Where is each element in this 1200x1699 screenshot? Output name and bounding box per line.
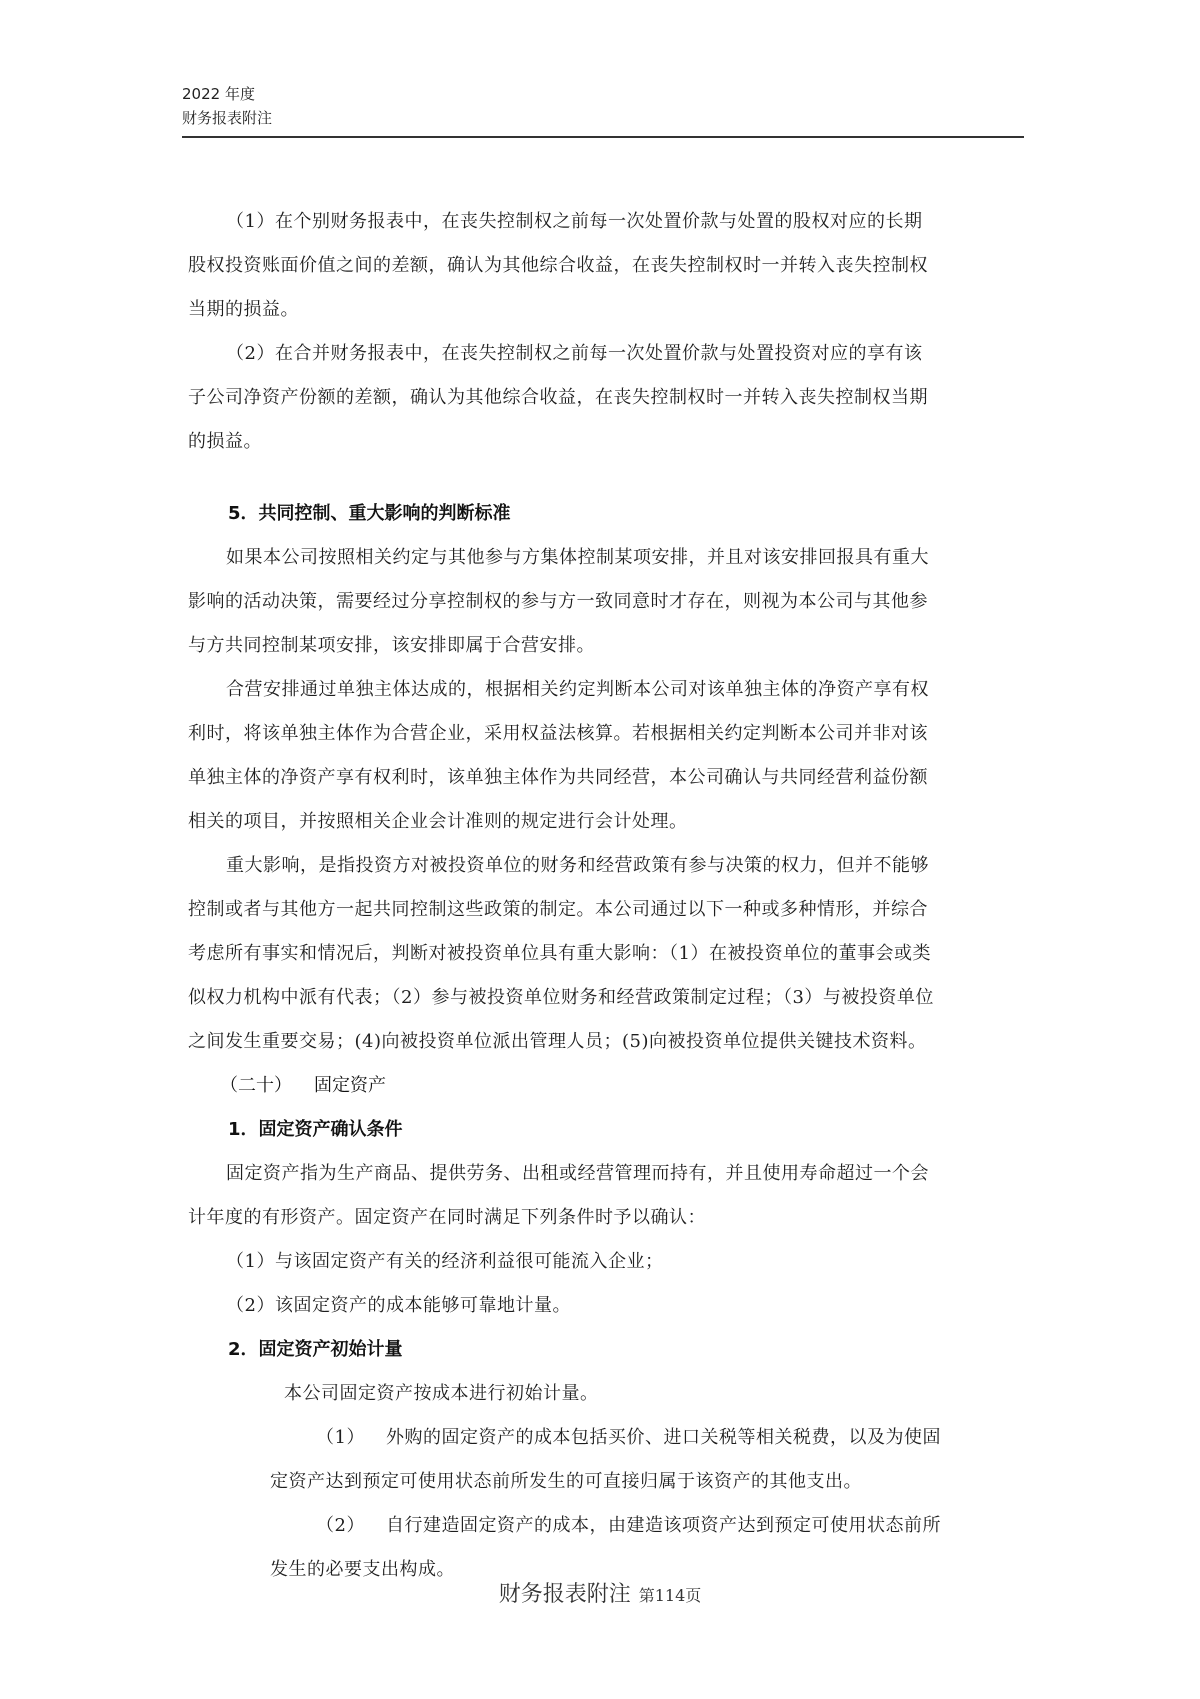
initial-measurement-intro: 本公司固定资产按成本进行初始计量。 [188,1372,1028,1416]
paragraph-line: 似权力机构中派有代表；（2）参与被投资单位财务和经营政策制定过程；（3）与被投资… [188,976,1028,1020]
joint-control-paragraph-1: 如果本公司按照相关约定与其他参与方集体控制某项安排，并且对该安排回报具有重大 影… [188,536,1028,668]
paragraph-line: 合营安排通过单独主体达成的，根据相关约定判断本公司对该单独主体的净资产享有权 [188,668,1028,712]
joint-control-paragraph-2: 合营安排通过单独主体达成的，根据相关约定判断本公司对该单独主体的净资产享有权 利… [188,668,1028,844]
paragraph-line: 的损益。 [188,420,1028,464]
item-text: 自行建造固定资产的成本，由建造该项资产达到预定可使用状态前所 [386,1515,941,1536]
paragraph-line: 之间发生重要交易；(4)向被投资单位派出管理人员；(5)向被投资单位提供关键技术… [188,1020,1028,1064]
paragraph-line: 股权投资账面价值之间的差额，确认为其他综合收益，在丧失控制权时一并转入丧失控制权 [188,244,1028,288]
spacer [188,464,1028,492]
paragraph-line: 影响的活动决策，需要经过分享控制权的参与方一致同意时才存在，则视为本公司与其他参 [188,580,1028,624]
paragraph-line: 定资产达到预定可使用状态前所发生的可直接归属于该资产的其他支出。 [188,1460,1028,1504]
section-title-text: 固定资产 [314,1075,386,1096]
paragraph-line: 利时，将该单独主体作为合营企业，采用权益法核算。若根据相关约定判断本公司并非对该 [188,712,1028,756]
paragraph-line: 子公司净资产份额的差额，确认为其他综合收益，在丧失控制权时一并转入丧失控制权当期 [188,376,1028,420]
paragraph-line: 如果本公司按照相关约定与其他参与方集体控制某项安排，并且对该安排回报具有重大 [188,536,1028,580]
paragraph-line: 固定资产指为生产商品、提供劳务、出租或经营管理而持有，并且使用寿命超过一个会 [188,1152,1028,1196]
document-body: （1）在个别财务报表中，在丧失控制权之前每一次处置价款与处置的股权对应的长期 股… [188,200,1028,1592]
page-number: 第114页 [639,1586,702,1605]
item-number: （1） [316,1416,386,1460]
paragraph-line: 相关的项目，并按照相关企业会计准则的规定进行会计处理。 [188,800,1028,844]
paragraph-line: 控制或者与其他方一起共同控制这些政策的制定。本公司通过以下一种或多种情形，并综合 [188,888,1028,932]
fixed-assets-recognition-heading: 1．固定资产确认条件 [188,1108,1028,1152]
header-title: 财务报表附注 [182,106,1022,130]
page-footer: 财务报表附注第114页 [0,1577,1200,1608]
section-number: （二十） [220,1075,292,1096]
recognition-condition-1: （1）与该固定资产有关的经济利益很可能流入企业； [188,1240,1028,1284]
fixed-assets-section-title: （二十）固定资产 [188,1064,1028,1108]
recognition-condition-2: （2）该固定资产的成本能够可靠地计量。 [188,1284,1028,1328]
paragraph-line: 当期的损益。 [188,288,1028,332]
initial-measurement-item-1: （1）外购的固定资产的成本包括买价、进口关税等相关税费，以及为使固 定资产达到预… [188,1416,1028,1504]
fixed-assets-recognition-paragraph: 固定资产指为生产商品、提供劳务、出租或经营管理而持有，并且使用寿命超过一个会 计… [188,1152,1028,1240]
item-text: 外购的固定资产的成本包括买价、进口关税等相关税费，以及为使固 [386,1427,941,1448]
footer-title: 财务报表附注 [499,1582,631,1607]
paragraph-line: （2）在合并财务报表中，在丧失控制权之前每一次处置价款与处置投资对应的享有该 [188,332,1028,376]
page-header: 2022 年度 财务报表附注 [182,82,1022,130]
item-number: （2） [316,1504,386,1548]
loss-of-control-item-2: （2）在合并财务报表中，在丧失控制权之前每一次处置价款与处置投资对应的享有该 子… [188,332,1028,464]
joint-control-paragraph-3: 重大影响，是指投资方对被投资单位的财务和经营政策有参与决策的权力，但并不能够 控… [188,844,1028,1064]
paragraph-line: （1）在个别财务报表中，在丧失控制权之前每一次处置价款与处置的股权对应的长期 [188,200,1028,244]
paragraph-line: 单独主体的净资产享有权利时，该单独主体作为共同经营，本公司确认与共同经营利益份额 [188,756,1028,800]
paragraph-line: 重大影响，是指投资方对被投资单位的财务和经营政策有参与决策的权力，但并不能够 [188,844,1028,888]
paragraph-line: 考虑所有事实和情况后，判断对被投资单位具有重大影响：（1）在被投资单位的董事会或… [188,932,1028,976]
loss-of-control-item-1: （1）在个别财务报表中，在丧失控制权之前每一次处置价款与处置的股权对应的长期 股… [188,200,1028,332]
joint-control-heading: 5．共同控制、重大影响的判断标准 [188,492,1028,536]
header-divider [182,136,1024,138]
header-year: 2022 年度 [182,82,1022,106]
paragraph-line: 与方共同控制某项安排，该安排即属于合营安排。 [188,624,1028,668]
paragraph-line: 计年度的有形资产。固定资产在同时满足下列条件时予以确认： [188,1196,1028,1240]
fixed-assets-initial-measurement-heading: 2．固定资产初始计量 [188,1328,1028,1372]
